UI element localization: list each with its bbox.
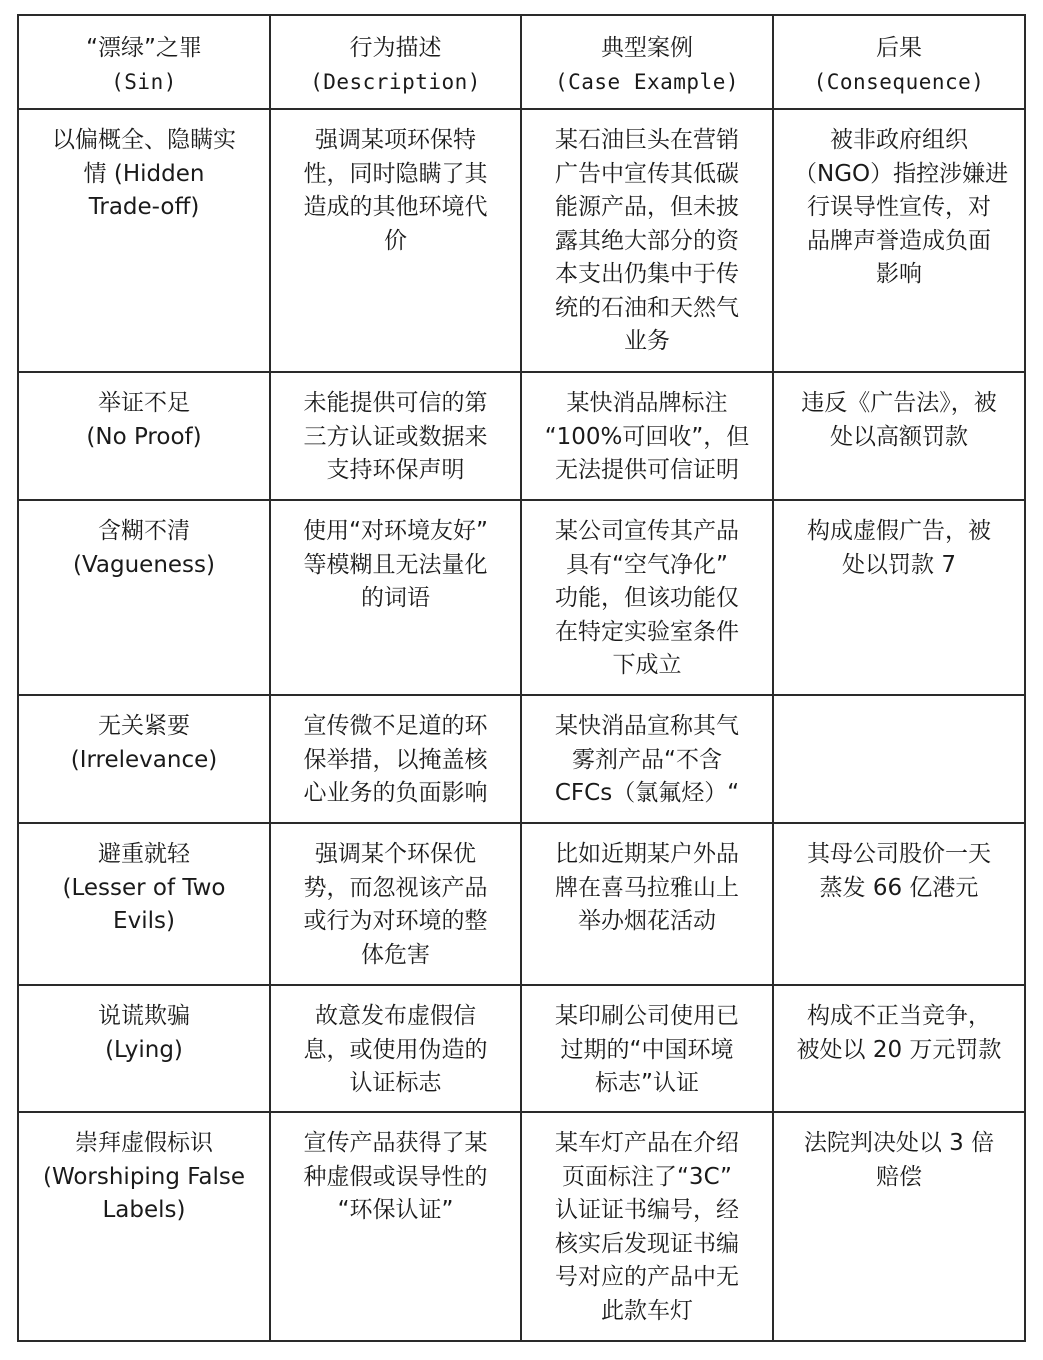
cell-text-line: 息，或使用伪造的 [291, 1034, 500, 1068]
cell-text-line: 品牌声誉造成负面 [794, 225, 1004, 259]
table-row: 举证不足(No Proof)未能提供可信的第三方认证或数据来支持环保声明某快消品… [18, 372, 1025, 500]
cell-text-line: 行误导性宣传，对 [794, 191, 1004, 225]
cell-description: 未能提供可信的第三方认证或数据来支持环保声明 [270, 372, 521, 500]
cell-text-line: 说谎欺骗 [39, 1000, 249, 1034]
cell-text-line: 强调某项环保特 [291, 124, 500, 158]
cell-text-line: 无法提供可信证明 [542, 454, 752, 488]
cell-text-line: 核实后发现证书编 [542, 1228, 752, 1262]
cell-description: 强调某项环保特性，同时隐瞒了其造成的其他环境代价 [270, 109, 521, 372]
cell-description: 宣传产品获得了某种虚假或误导性的“环保认证” [270, 1112, 521, 1341]
cell-text-line: 处以高额罚款 [794, 421, 1004, 455]
cell-sin: 举证不足(No Proof) [18, 372, 270, 500]
cell-text-line: 功能，但该功能仅 [542, 582, 752, 616]
cell-text-line: 比如近期某户外品 [542, 838, 752, 872]
table-row: 避重就轻(Lesser of TwoEvils)强调某个环保优势，而忽视该产品或… [18, 823, 1025, 985]
cell-text-line: 处以罚款 7 [794, 549, 1004, 583]
cell-text-line: 的词语 [291, 582, 500, 616]
cell-text-line: 业务 [542, 325, 752, 359]
cell-text-line: 保举措，以掩盖核 [291, 744, 500, 778]
cell-text-line: 举证不足 [39, 387, 249, 421]
cell-text-line: (Lesser of Two [39, 872, 249, 906]
cell-text-line: 标志”认证 [542, 1067, 752, 1101]
cell-text-line: 此款车灯 [542, 1295, 752, 1329]
header-description: 行为描述 (Description) [270, 15, 521, 109]
table-row: 无关紧要(Irrelevance)宣传微不足道的环保举措，以掩盖核心业务的负面影… [18, 695, 1025, 823]
cell-text-line: 蒸发 66 亿港元 [794, 872, 1004, 906]
table-row: 以偏概全、隐瞒实情 (HiddenTrade-off)强调某项环保特性，同时隐瞒… [18, 109, 1025, 372]
header-label-en: (Case Example) [542, 66, 752, 100]
cell-text-line: 被非政府组织 [794, 124, 1004, 158]
cell-text-line: 举办烟花活动 [542, 905, 752, 939]
cell-text-line: 使用“对环境友好” [291, 515, 500, 549]
cell-text-line: 势，而忽视该产品 [291, 872, 500, 906]
cell-sin: 崇拜虚假标识(Worshiping FalseLabels) [18, 1112, 270, 1341]
cell-text-line: 露其绝大部分的资 [542, 225, 752, 259]
cell-description: 强调某个环保优势，而忽视该产品或行为对环境的整体危害 [270, 823, 521, 985]
cell-text-line: Labels) [39, 1194, 249, 1228]
cell-text-line: (No Proof) [39, 421, 249, 455]
cell-text-line: 认证标志 [291, 1067, 500, 1101]
cell-text-line: 被处以 20 万元罚款 [794, 1034, 1004, 1068]
header-label-en: (Sin) [39, 66, 249, 100]
cell-text-line: （NGO）指控涉嫌进 [794, 158, 1004, 192]
cell-text-line: 无关紧要 [39, 710, 249, 744]
table-row: 崇拜虚假标识(Worshiping FalseLabels)宣传产品获得了某种虚… [18, 1112, 1025, 1341]
cell-text-line: (Lying) [39, 1034, 249, 1068]
header-consequence: 后果 (Consequence) [773, 15, 1025, 109]
header-label-zh: 典型案例 [542, 32, 752, 66]
cell-text-line: 以偏概全、隐瞒实 [39, 124, 249, 158]
cell-case-example: 某车灯产品在介绍页面标注了“3C”认证证书编号，经核实后发现证书编号对应的产品中… [521, 1112, 773, 1341]
cell-text-line: 等模糊且无法量化 [291, 549, 500, 583]
cell-text-line: 含糊不清 [39, 515, 249, 549]
cell-text-line: 强调某个环保优 [291, 838, 500, 872]
cell-text-line: 情 (Hidden [39, 158, 249, 192]
cell-text-line: “100%可回收”，但 [542, 421, 752, 455]
header-sin: “漂绿”之罪 (Sin) [18, 15, 270, 109]
cell-text-line: 雾剂产品“不含 [542, 744, 752, 778]
header-label-zh: 后果 [794, 32, 1004, 66]
cell-text-line: 支持环保声明 [291, 454, 500, 488]
table-header-row: “漂绿”之罪 (Sin) 行为描述 (Description) 典型案例 (Ca… [18, 15, 1025, 109]
cell-text-line: (Irrelevance) [39, 744, 249, 778]
cell-text-line: 避重就轻 [39, 838, 249, 872]
cell-text-line: 下成立 [542, 649, 752, 683]
cell-text-line: 某石油巨头在营销 [542, 124, 752, 158]
header-label-zh: 行为描述 [291, 32, 500, 66]
cell-sin: 无关紧要(Irrelevance) [18, 695, 270, 823]
cell-text-line: 宣传产品获得了某 [291, 1127, 500, 1161]
cell-case-example: 某公司宣传其产品具有“空气净化”功能，但该功能仅在特定实验室条件下成立 [521, 500, 773, 695]
header-label-en: (Consequence) [794, 66, 1004, 100]
cell-consequence: 违反《广告法》，被处以高额罚款 [773, 372, 1025, 500]
cell-text-line: 某快消品宣称其气 [542, 710, 752, 744]
cell-text-line: 在特定实验室条件 [542, 616, 752, 650]
cell-case-example: 某石油巨头在营销广告中宣传其低碳能源产品，但未披露其绝大部分的资本支出仍集中于传… [521, 109, 773, 372]
cell-case-example: 某快消品牌标注“100%可回收”，但无法提供可信证明 [521, 372, 773, 500]
cell-text-line: 法院判决处以 3 倍 [794, 1127, 1004, 1161]
cell-text-line: 某公司宣传其产品 [542, 515, 752, 549]
cell-text-line: 体危害 [291, 939, 500, 973]
cell-text-line: 违反《广告法》，被 [794, 387, 1004, 421]
cell-text-line: 三方认证或数据来 [291, 421, 500, 455]
cell-text-line: 价 [291, 225, 500, 259]
table-row: 含糊不清(Vagueness)使用“对环境友好”等模糊且无法量化的词语某公司宣传… [18, 500, 1025, 695]
cell-text-line: 认证证书编号，经 [542, 1194, 752, 1228]
cell-text-line: (Vagueness) [39, 549, 249, 583]
cell-text-line: 构成虚假广告，被 [794, 515, 1004, 549]
cell-case-example: 某印刷公司使用已过期的“中国环境标志”认证 [521, 985, 773, 1112]
cell-case-example: 比如近期某户外品牌在喜马拉雅山上举办烟花活动 [521, 823, 773, 985]
cell-consequence: 被非政府组织（NGO）指控涉嫌进行误导性宣传，对品牌声誉造成负面影响 [773, 109, 1025, 372]
cell-consequence [773, 695, 1025, 823]
cell-text-line: 造成的其他环境代 [291, 191, 500, 225]
cell-text-line: 未能提供可信的第 [291, 387, 500, 421]
cell-text-line: 某车灯产品在介绍 [542, 1127, 752, 1161]
cell-text-line: 号对应的产品中无 [542, 1261, 752, 1295]
cell-text-line: “环保认证” [291, 1194, 500, 1228]
cell-text-line: 或行为对环境的整 [291, 905, 500, 939]
cell-text-line: 本支出仍集中于传 [542, 258, 752, 292]
cell-sin: 以偏概全、隐瞒实情 (HiddenTrade-off) [18, 109, 270, 372]
cell-text-line: 过期的“中国环境 [542, 1034, 752, 1068]
cell-text-line: CFCs（氯氟烃）“ [542, 777, 752, 811]
cell-text-line: 广告中宣传其低碳 [542, 158, 752, 192]
header-label-zh: “漂绿”之罪 [39, 32, 249, 66]
cell-text-line: 赔偿 [794, 1161, 1004, 1195]
cell-text-line: 构成不正当竞争， [794, 1000, 1004, 1034]
cell-text-line: (Worshiping False [39, 1161, 249, 1195]
header-label-en: (Description) [291, 66, 500, 100]
cell-consequence: 其母公司股价一天蒸发 66 亿港元 [773, 823, 1025, 985]
cell-sin: 说谎欺骗(Lying) [18, 985, 270, 1112]
cell-text-line: 崇拜虚假标识 [39, 1127, 249, 1161]
cell-sin: 避重就轻(Lesser of TwoEvils) [18, 823, 270, 985]
cell-text-line: 统的石油和天然气 [542, 292, 752, 326]
cell-text-line: 能源产品，但未披 [542, 191, 752, 225]
greenwashing-sins-table: “漂绿”之罪 (Sin) 行为描述 (Description) 典型案例 (Ca… [17, 14, 1026, 1342]
cell-text-line: 种虚假或误导性的 [291, 1161, 500, 1195]
cell-text-line: 具有“空气净化” [542, 549, 752, 583]
table-row: 说谎欺骗(Lying)故意发布虚假信息，或使用伪造的认证标志某印刷公司使用已过期… [18, 985, 1025, 1112]
cell-text-line: Evils) [39, 905, 249, 939]
cell-description: 使用“对环境友好”等模糊且无法量化的词语 [270, 500, 521, 695]
header-case-example: 典型案例 (Case Example) [521, 15, 773, 109]
cell-text-line: 宣传微不足道的环 [291, 710, 500, 744]
cell-consequence: 法院判决处以 3 倍赔偿 [773, 1112, 1025, 1341]
cell-sin: 含糊不清(Vagueness) [18, 500, 270, 695]
cell-text-line: 某印刷公司使用已 [542, 1000, 752, 1034]
cell-text-line: 性，同时隐瞒了其 [291, 158, 500, 192]
cell-consequence: 构成不正当竞争，被处以 20 万元罚款 [773, 985, 1025, 1112]
cell-description: 故意发布虚假信息，或使用伪造的认证标志 [270, 985, 521, 1112]
cell-description: 宣传微不足道的环保举措，以掩盖核心业务的负面影响 [270, 695, 521, 823]
cell-text-line: Trade-off) [39, 191, 249, 225]
cell-text-line: 心业务的负面影响 [291, 777, 500, 811]
cell-text-line: 影响 [794, 258, 1004, 292]
cell-text-line: 某快消品牌标注 [542, 387, 752, 421]
cell-consequence: 构成虚假广告，被处以罚款 7 [773, 500, 1025, 695]
cell-case-example: 某快消品宣称其气雾剂产品“不含CFCs（氯氟烃）“ [521, 695, 773, 823]
cell-text-line: 其母公司股价一天 [794, 838, 1004, 872]
cell-text-line: 页面标注了“3C” [542, 1161, 752, 1195]
cell-text-line: 牌在喜马拉雅山上 [542, 872, 752, 906]
cell-text-line: 故意发布虚假信 [291, 1000, 500, 1034]
